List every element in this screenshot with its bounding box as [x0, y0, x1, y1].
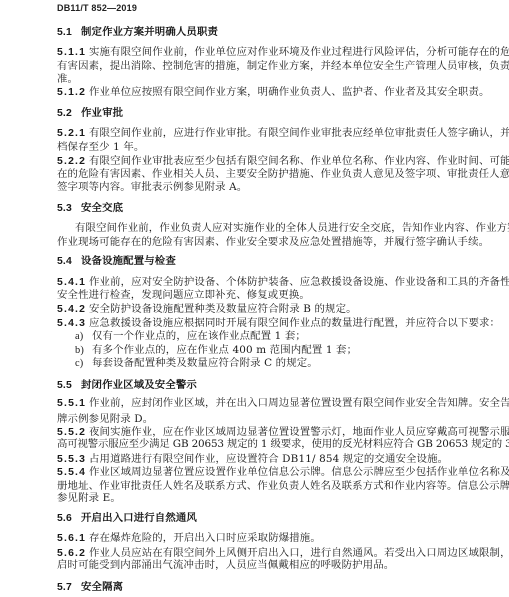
section-number: 5.6 [57, 512, 81, 525]
section-heading-5-2: 5.2作业审批 [57, 107, 123, 120]
clause-5-4-1-line-1: 5.4.1作业前，应对安全防护设备、个体防护装备、应急救援设备设施、作业设备和工… [57, 276, 509, 289]
document-header-id: DB11/T 852—2019 [57, 3, 137, 13]
clause-text: 占用道路进行有限空间作业，应设置符合 DB11/ 854 规定的交通安全设施。 [89, 453, 448, 465]
clause-5-4-2: 5.4.2安全防护设备设施配置种类及数量应符合附录 B 的规定。 [57, 303, 357, 316]
clause-5-1-2: 5.1.2作业单位应按照有限空间作业方案，明确作业负责人、监护者、作业者及其安全… [57, 86, 490, 99]
section-number: 5.1 [57, 26, 81, 39]
clause-5-1-1-line-2: 有害因素，提出消除、控制危害的措施，制定作业方案，并经本单位安全生产管理人员审核… [57, 60, 509, 73]
list-marker: a) [75, 330, 92, 343]
list-item-text: 每套设备配置种类及数量应符合附录 C 的规定。 [92, 357, 318, 369]
clause-text: 作业区域周边显著位置应设置作业单位信息公示牌。信息公示牌应至少包括作业单位名称及… [89, 466, 509, 478]
clause-5-1-1-line-1: 5.1.1实施有限空间作业前，作业单位应对作业环境及作业过程进行风险评估，分析可… [57, 46, 509, 59]
clause-text: 应急救援设备设施应根据同时开展有限空间作业点的数量进行配置，并应符合以下要求： [89, 317, 500, 329]
clause-5-5-1-line-1: 5.5.1作业前，应封闭作业区域，并在出入口周边显著位置设置有限空间作业安全告知… [57, 397, 509, 410]
list-marker: b) [75, 344, 92, 357]
clause-5-5-2-line-2: 高可视警示服应至少满足 GB 20653 规定的 1 级要求，使用的反光材料应符… [57, 438, 509, 451]
section-title: 制定作业方案并明确人员职责 [81, 26, 218, 38]
section-title: 作业审批 [81, 107, 123, 119]
clause-text: 作业人员应站在有限空间外上风侧开启出入口，进行自然通风。若受出入口周边区域限制，… [89, 547, 509, 559]
clause-number: 5.5.3 [57, 453, 89, 466]
section-heading-5-7: 5.7安全隔离 [57, 581, 123, 594]
section-number: 5.5 [57, 379, 81, 392]
clause-number: 5.5.1 [57, 397, 89, 410]
section-5-3-paragraph-line-2: 作业现场可能存在的危险有害因素、作业安全要求及应急处置措施等，并履行签字确认手续… [57, 236, 489, 249]
section-number: 5.3 [57, 202, 81, 215]
section-title: 安全隔离 [81, 581, 123, 593]
clause-text: 存在爆炸危险的，开启出入口时应采取防爆措施。 [89, 532, 321, 544]
clause-5-2-2-line-2: 在的危险有害因素、作业相关人员、主要安全防护措施、作业负责人意见及签字项、审批责… [57, 168, 509, 181]
clause-number: 5.1.2 [57, 86, 89, 99]
list-item-text: 仅有一个作业点的，应在该作业点配置 1 套； [92, 330, 306, 342]
section-number: 5.7 [57, 581, 81, 594]
section-title: 安全交底 [81, 202, 123, 214]
clause-5-2-2-line-3: 签字项等内容。审批表示例参见附录 A。 [57, 181, 247, 194]
section-heading-5-3: 5.3安全交底 [57, 202, 123, 215]
section-title: 开启出入口进行自然通风 [81, 512, 197, 524]
list-marker: c) [75, 357, 92, 370]
clause-number: 5.2.1 [57, 127, 89, 140]
clause-5-2-2-line-1: 5.2.2有限空间作业审批表应至少包括有限空间名称、作业单位名称、作业内容、作业… [57, 155, 509, 168]
section-number: 5.4 [57, 255, 81, 268]
clause-5-5-3: 5.5.3占用道路进行有限空间作业，应设置符合 DB11/ 854 规定的交通安… [57, 453, 448, 466]
clause-number: 5.2.2 [57, 155, 89, 168]
list-item-b: b)有多个作业点的，应在作业点 400 m 范围内配置 1 套； [75, 344, 357, 357]
clause-5-2-1-line-1: 5.2.1有限空间作业前，应进行作业审批。有限空间作业审批表应经单位审批责任人签… [57, 127, 509, 140]
clause-5-6-1: 5.6.1存在爆炸危险的，开启出入口时应采取防爆措施。 [57, 532, 321, 545]
clause-number: 5.4.1 [57, 276, 89, 289]
clause-text: 有限空间作业审批表应至少包括有限空间名称、作业单位名称、作业内容、作业时间、可能… [89, 155, 509, 167]
clause-5-4-3: 5.4.3应急救援设备设施应根据同时开展有限空间作业点的数量进行配置，并应符合以… [57, 317, 500, 330]
clause-text: 有限空间作业前，应进行作业审批。有限空间作业审批表应经单位审批责任人签字确认，并… [89, 127, 509, 139]
clause-5-5-4-line-3: 参见附录 E。 [57, 492, 121, 505]
list-item-text: 有多个作业点的，应在作业点 400 m 范围内配置 1 套； [92, 344, 357, 356]
clause-text: 安全防护设备设施配置种类及数量应符合附录 B 的规定。 [89, 303, 357, 315]
clause-5-1-1-line-3: 准。 [57, 73, 78, 86]
clause-5-6-2-line-2: 启时可能受到内部涌出气流冲击时，人员应当佩戴相应的呼吸防护用品。 [57, 559, 394, 572]
list-item-c: c)每套设备配置种类及数量应符合附录 C 的规定。 [75, 357, 318, 370]
clause-text: 作业前，应对安全防护设备、个体防护装备、应急救援设备设施、作业设备和工具的齐备性… [89, 276, 509, 288]
clause-5-5-4-line-2: 册地址、作业审批责任人姓名及联系方式、作业负责人姓名及联系方式和作业内容等。信息… [57, 480, 509, 493]
clause-number: 5.4.3 [57, 317, 89, 330]
section-heading-5-4: 5.4设备设施配置与检查 [57, 255, 176, 268]
clause-number: 5.4.2 [57, 303, 89, 316]
section-number: 5.2 [57, 107, 81, 120]
clause-number: 5.5.4 [57, 466, 89, 479]
section-heading-5-5: 5.5封闭作业区域及安全警示 [57, 379, 197, 392]
clause-text: 作业前，应封闭作业区域，并在出入口周边显著位置设置有限空间作业安全告知牌。安全告… [89, 397, 509, 409]
clause-text: 实施有限空间作业前，作业单位应对作业环境及作业过程进行风险评估，分析可能存在的危… [89, 46, 509, 58]
clause-5-5-4-line-1: 5.5.4作业区域周边显著位置应设置作业单位信息公示牌。信息公示牌应至少包括作业… [57, 466, 509, 479]
list-item-a: a)仅有一个作业点的，应在该作业点配置 1 套； [75, 330, 306, 343]
section-heading-5-1: 5.1制定作业方案并明确人员职责 [57, 26, 218, 39]
section-title: 封闭作业区域及安全警示 [81, 379, 197, 391]
clause-5-4-1-line-2: 安全性进行检查，发现问题应立即补充、修复或更换。 [57, 289, 310, 302]
clause-number: 5.6.1 [57, 532, 89, 545]
clause-text: 作业单位应按照有限空间作业方案，明确作业负责人、监护者、作业者及其安全职责。 [89, 86, 490, 98]
section-heading-5-6: 5.6开启出入口进行自然通风 [57, 512, 197, 525]
section-title: 设备设施配置与检查 [81, 255, 176, 267]
clause-5-5-1-line-2: 牌示例参见附录 D。 [57, 413, 153, 426]
clause-5-2-1-line-2: 档保存至少 1 年。 [57, 141, 144, 154]
clause-text: 夜间实施作业，应在作业区域周边显著位置设置警示灯，地面作业人员应穿戴高可视警示服… [89, 426, 509, 438]
section-5-3-paragraph-line-1: 有限空间作业前，作业负责人应对实施作业的全体人员进行安全交底，告知作业内容、作业… [75, 222, 509, 235]
clause-number: 5.1.1 [57, 46, 89, 59]
